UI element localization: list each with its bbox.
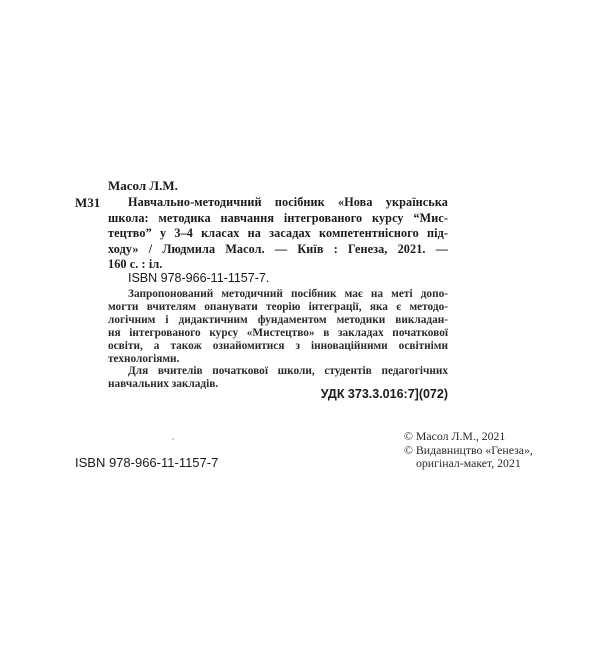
copyright-line: © Видавництво «Генеза», bbox=[404, 444, 533, 458]
udk-code: УДК 373.3.016:7](072) bbox=[321, 387, 448, 401]
copyright-block: © Масол Л.М., 2021 © Видавництво «Генеза… bbox=[404, 430, 533, 471]
abstract-line: технологіями. bbox=[108, 353, 448, 366]
abstract-line: могти вчителям опанувати теорію інтеграц… bbox=[108, 301, 448, 314]
imprint-page: Масол Л.М. М31 Навчально-методичний посі… bbox=[0, 0, 610, 650]
bibliographic-description: Навчально-методичний посібник «Нова укра… bbox=[108, 195, 448, 273]
description-line: ходу» / Людмила Масол. — Київ : Генеза, … bbox=[108, 242, 448, 258]
abstract-line: Запропонований методичний посібник має н… bbox=[108, 288, 448, 301]
abstract-line: логічним і дидактичним фундаментом метод… bbox=[108, 314, 448, 327]
isbn-record: ISBN 978-966-11-1157-7. bbox=[128, 271, 269, 285]
description-line: школа: методика навчання інтегрованого к… bbox=[108, 211, 448, 227]
catalog-code: М31 bbox=[75, 195, 100, 211]
copyright-line: оригінал-макет, 2021 bbox=[404, 457, 533, 471]
abstract-line: ня інтегрованого курсу «Мистецтво» в зак… bbox=[108, 327, 448, 340]
description-line: тецтво” у 3–4 класах на засадах компетен… bbox=[108, 226, 448, 242]
copyright-line: © Масол Л.М., 2021 bbox=[404, 430, 533, 444]
abstract-line: освіти, а також ознайомитися з інновацій… bbox=[108, 340, 448, 353]
description-line: Навчально-методичний посібник «Нова укра… bbox=[108, 195, 448, 211]
author-name: Масол Л.М. bbox=[108, 178, 178, 194]
audience-line: Для вчителів початкової школи, студентів… bbox=[108, 365, 448, 378]
footer-isbn: ISBN 978-966-11-1157-7 bbox=[75, 455, 218, 470]
scan-speck bbox=[172, 438, 174, 440]
abstract: Запропонований методичний посібник має н… bbox=[108, 288, 448, 391]
